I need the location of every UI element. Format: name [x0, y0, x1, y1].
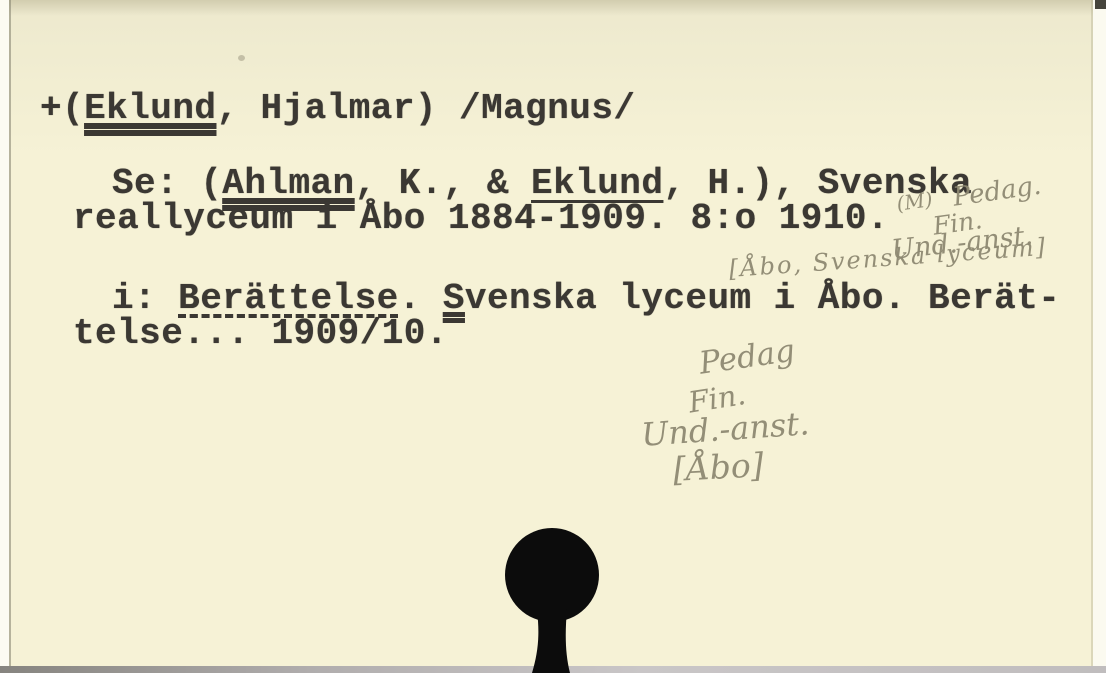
catalog-card-scan: +(Eklund, Hjalmar) /Magnus/ Se: (Ahlman,…: [0, 0, 1106, 673]
pencil-note-abo: [Åbo]: [672, 445, 764, 489]
scan-corner-artifact: [1095, 0, 1106, 9]
see-reference-line2: reallyceum i Åbo 1884-1909. 8:o 1910.: [73, 200, 889, 238]
ink-speck: [238, 55, 245, 61]
heading-surname: Eklund: [84, 88, 216, 129]
pencil-note-pedag: Pedag: [697, 333, 797, 382]
pencil-heading-ref: [Åbo, Svenska lyceum]: [728, 233, 1048, 283]
card-right-edge-line: [1091, 0, 1093, 673]
heading-pre: +(: [40, 88, 84, 129]
scan-top-shading: [0, 0, 1106, 160]
heading-line: +(Eklund, Hjalmar) /Magnus/: [40, 90, 635, 128]
card-left-edge-line: [9, 0, 11, 673]
punch-hole: [480, 515, 630, 673]
in-reference-line2: telse... 1909/10.: [73, 315, 448, 353]
scan-right-margin: [1093, 0, 1106, 673]
scan-top-edge-band: [0, 0, 1106, 16]
heading-rest: , Hjalmar) /Magnus/: [216, 88, 635, 129]
in-tail: venska lyceum i Åbo. Berät-: [465, 278, 1060, 319]
scan-left-margin: [0, 0, 9, 673]
pencil-mark: (M): [895, 187, 934, 216]
